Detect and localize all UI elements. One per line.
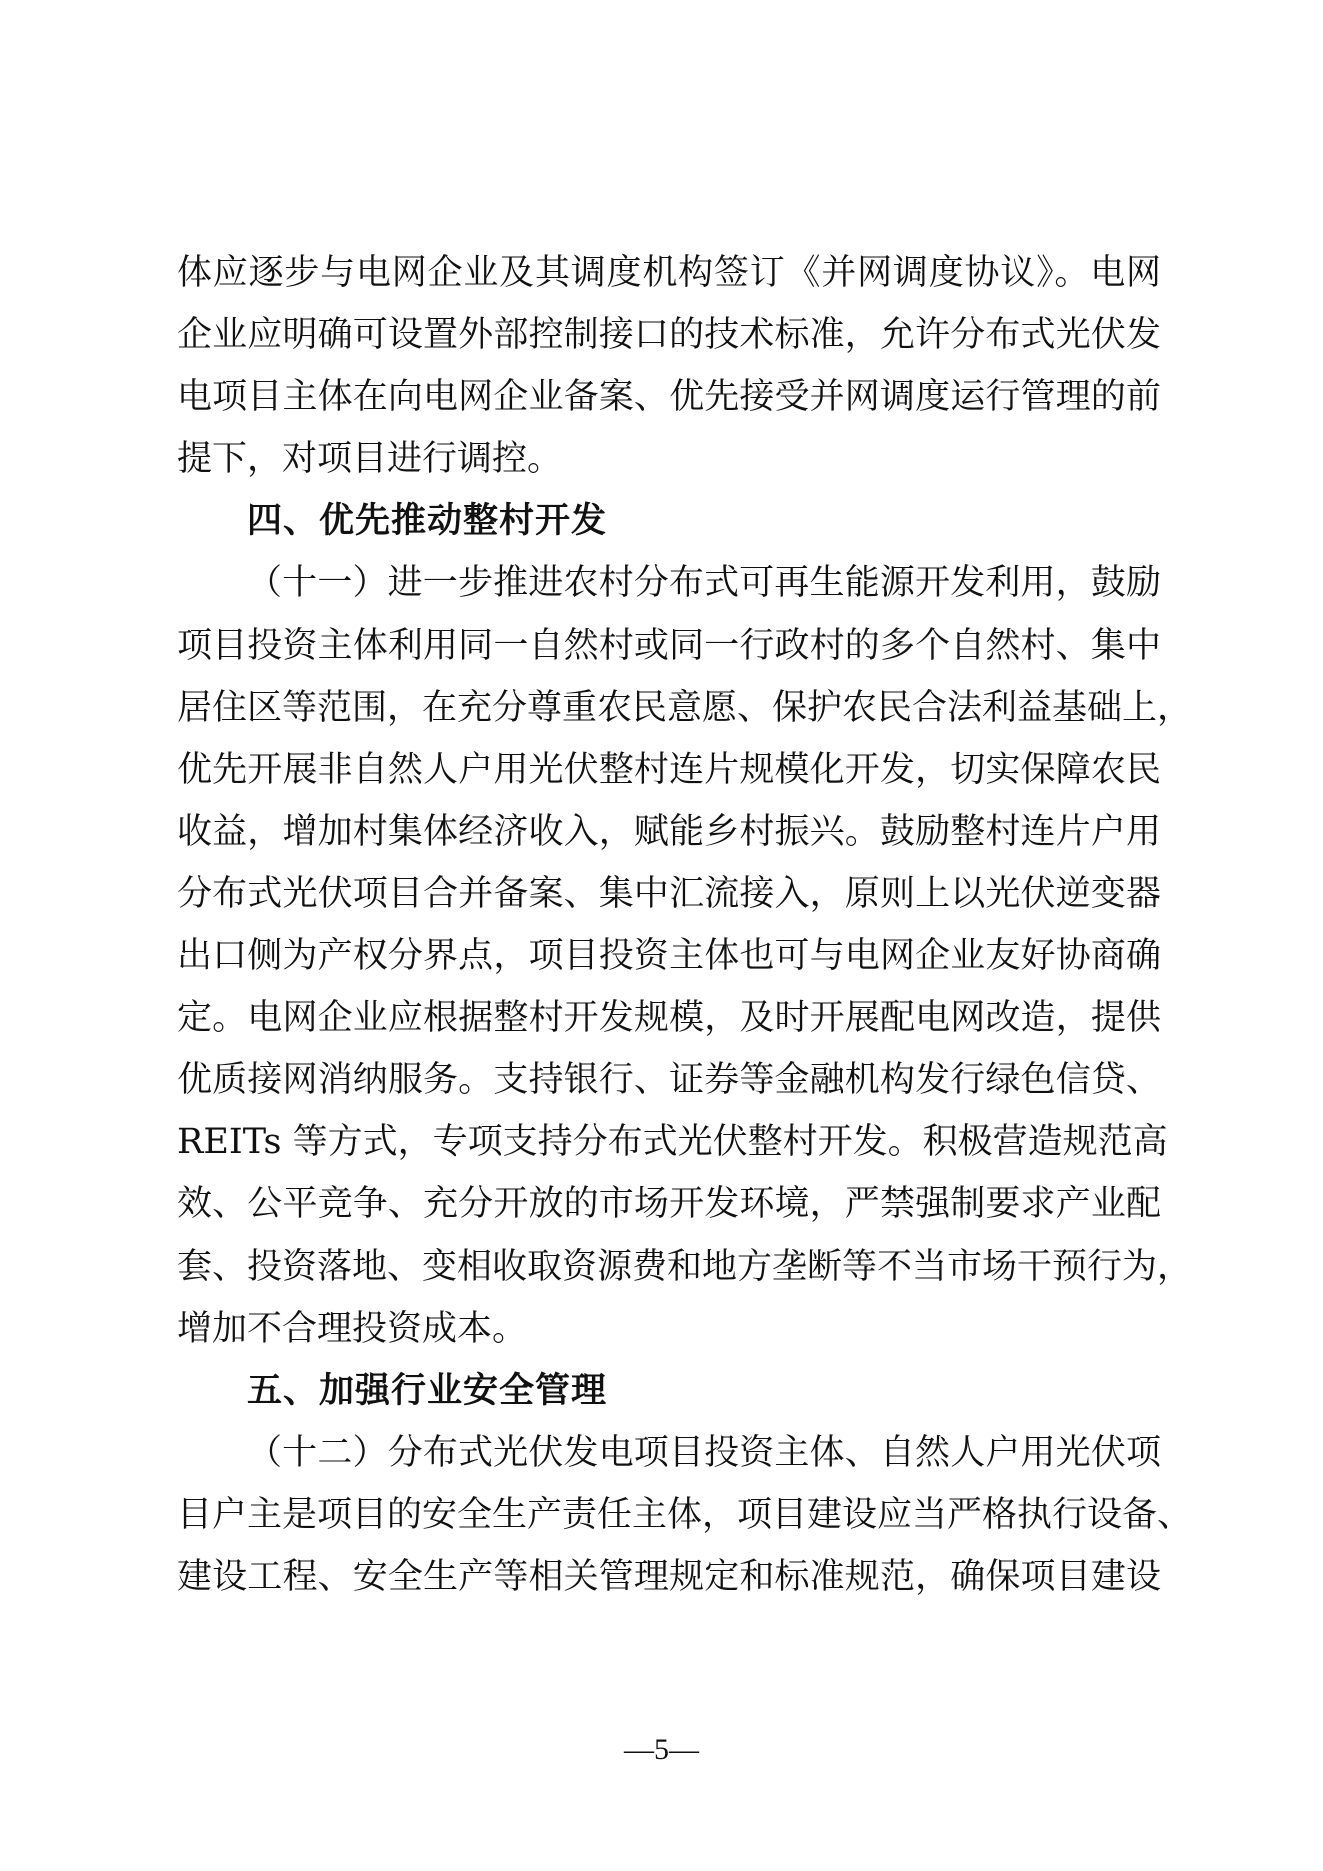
- paragraph-line: REITs 等方式，专项支持分布式光伏整村开发。积极营造规范高: [177, 1111, 1161, 1173]
- paragraph-line: 企业应明确可设置外部控制接口的技术标准，允许分布式光伏发: [177, 304, 1161, 366]
- document-page: 体应逐步与电网企业及其调度机构签订《并网调度协议》。电网 企业应明确可设置外部控…: [0, 0, 1323, 1871]
- paragraph-line: 分布式光伏项目合并备案、集中汇流接入，原则上以光伏逆变器: [177, 863, 1161, 925]
- paragraph-line: 出口侧为产权分界点，项目投资主体也可与电网企业友好协商确: [177, 925, 1161, 987]
- paragraph-line: 提下，对项目进行调控。: [177, 428, 1161, 490]
- paragraph-line: 居住区等范围，在充分尊重农民意愿、保护农民合法利益基础上，: [177, 677, 1161, 739]
- paragraph-line: 目户主是项目的安全生产责任主体，项目建设应当严格执行设备、: [177, 1484, 1161, 1546]
- paragraph-line: （十一）进一步推进农村分布式可再生能源开发利用，鼓励: [177, 552, 1161, 614]
- section-heading-5: 五、加强行业安全管理: [177, 1360, 1161, 1422]
- page-number: —5—: [0, 1730, 1323, 1770]
- paragraph-line: 优先开展非自然人户用光伏整村连片规模化开发，切实保障农民: [177, 739, 1161, 801]
- section-heading-4: 四、优先推动整村开发: [177, 490, 1161, 552]
- paragraph-line: 项目投资主体利用同一自然村或同一行政村的多个自然村、集中: [177, 615, 1161, 677]
- paragraph-line: 优质接网消纳服务。支持银行、证券等金融机构发行绿色信贷、: [177, 1049, 1161, 1111]
- paragraph-line: 套、投资落地、变相收取资源费和地方垄断等不当市场干预行为，: [177, 1236, 1161, 1298]
- paragraph-line: （十二）分布式光伏发电项目投资主体、自然人户用光伏项: [177, 1422, 1161, 1484]
- paragraph-line: 定。电网企业应根据整村开发规模，及时开展配电网改造，提供: [177, 987, 1161, 1049]
- paragraph-line: 收益，增加村集体经济收入，赋能乡村振兴。鼓励整村连片户用: [177, 801, 1161, 863]
- paragraph-line: 增加不合理投资成本。: [177, 1298, 1161, 1360]
- document-body: 体应逐步与电网企业及其调度机构签订《并网调度协议》。电网 企业应明确可设置外部控…: [177, 242, 1161, 1608]
- paragraph-line: 电项目主体在向电网企业备案、优先接受并网调度运行管理的前: [177, 366, 1161, 428]
- paragraph-line: 体应逐步与电网企业及其调度机构签订《并网调度协议》。电网: [177, 242, 1161, 304]
- paragraph-line: 建设工程、安全生产等相关管理规定和标准规范，确保项目建设: [177, 1546, 1161, 1608]
- paragraph-line: 效、公平竞争、充分开放的市场开发环境，严禁强制要求产业配: [177, 1173, 1161, 1235]
